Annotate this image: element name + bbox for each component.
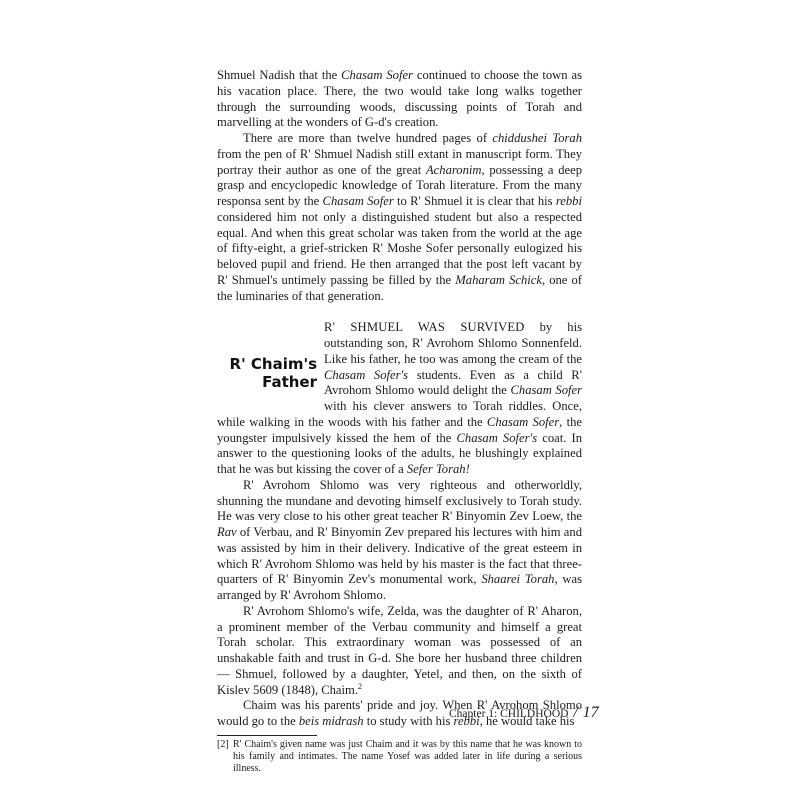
folio-separator: / [573, 704, 577, 721]
footnote: [2] R' Chaim's given name was just Chaim… [217, 739, 582, 775]
footnote-number: [2] [217, 739, 229, 751]
section-r-chaims-father: R' SHMUEL WAS SURVIVED by his outstandin… [217, 320, 582, 478]
book-page: Shmuel Nadish that the Chasam Sofer cont… [217, 68, 582, 775]
paragraph-5: R' Avrohom Shlomo's wife, Zelda, was the… [217, 604, 582, 699]
page-number: 17 [583, 704, 599, 721]
paragraph-3: R' SHMUEL WAS SURVIVED by his outstandin… [217, 320, 582, 478]
paragraph-1: Shmuel Nadish that the Chasam Sofer cont… [217, 68, 582, 131]
lead-in-small-caps: R' SHMUEL WAS SURVIVED [324, 320, 525, 334]
footnote-reference[interactable]: 2 [358, 681, 362, 690]
section-break [217, 304, 582, 320]
footnote-divider [217, 735, 317, 736]
footnote-text: R' Chaim's given name was just Chaim and… [233, 739, 582, 774]
side-heading: R' Chaim's Father [217, 355, 317, 391]
paragraph-4: R' Avrohom Shlomo was very righteous and… [217, 478, 582, 604]
running-head: Chapter 1: CHILDHOOD [449, 708, 568, 720]
paragraph-2: There are more than twelve hundred pages… [217, 131, 582, 304]
page-footer: Chapter 1: CHILDHOOD / 17 [449, 704, 599, 722]
